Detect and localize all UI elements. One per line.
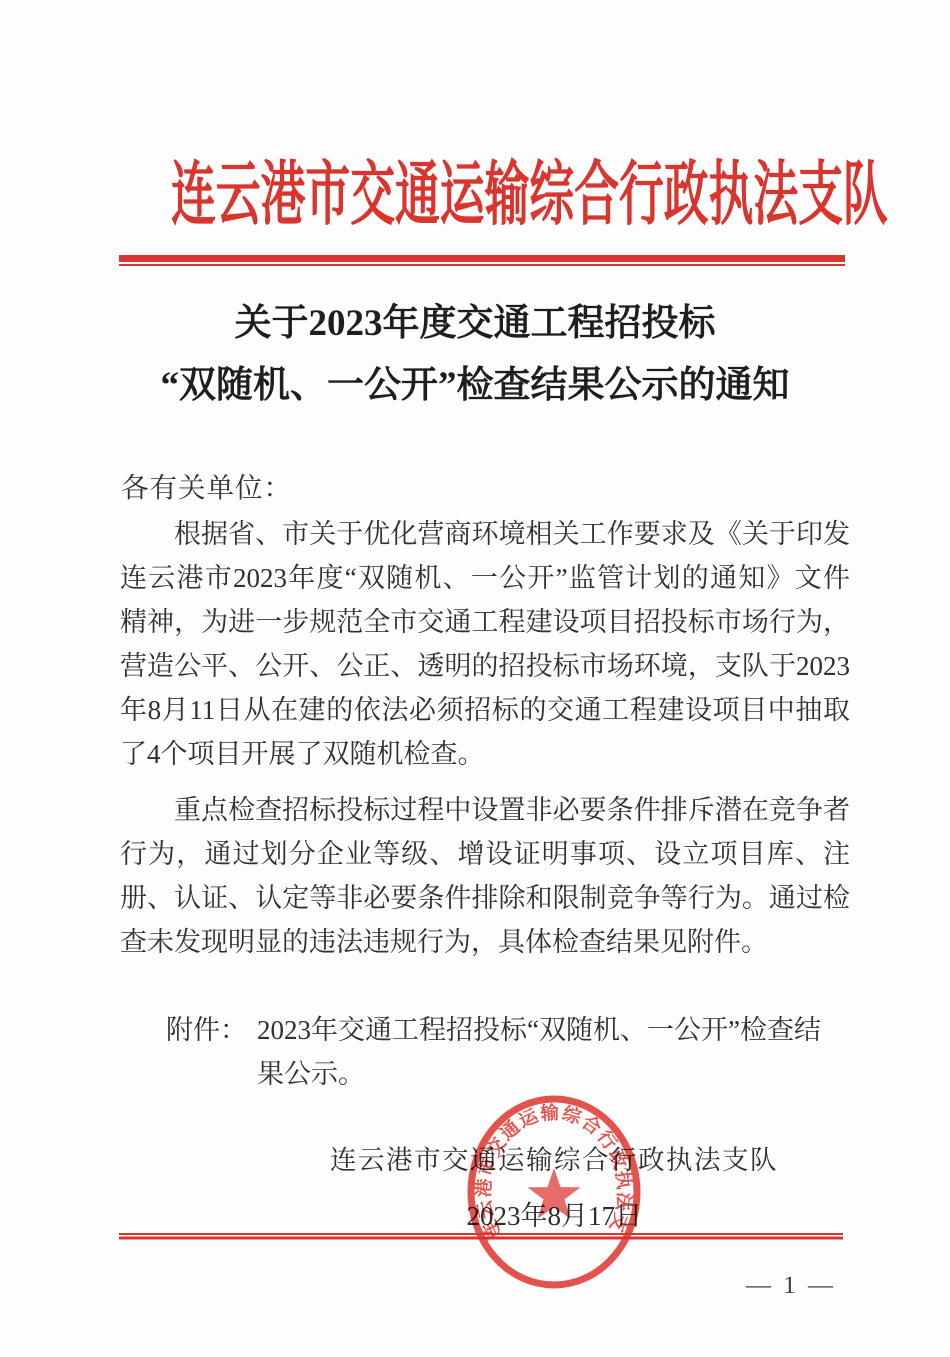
body-paragraph-2: 重点检查招标投标过程中设置非必要条件排斥潜在竞争者行为，通过划分企业等级、增设证… bbox=[120, 788, 850, 964]
text-line: 了4个项目开展了双随机检查。 bbox=[120, 732, 850, 776]
salutation: 各有关单位： bbox=[121, 466, 292, 510]
seal-arc-text: 连云港市交通运输综合行政执法支队 bbox=[464, 1092, 635, 1242]
red-separator-bottom bbox=[119, 1233, 843, 1240]
body-paragraph-1: 根据省、市关于优化营商环境相关工作要求及《关于印发连云港市2023年度“双随机、… bbox=[120, 512, 850, 776]
seal-star-icon bbox=[527, 1168, 580, 1219]
text-line: 2023年交通工程招投标“双随机、一公开”检查结 bbox=[257, 1008, 850, 1052]
text-line: 果公示。 bbox=[257, 1052, 850, 1096]
text-line: 关于2023年度交通工程招投标 bbox=[0, 293, 950, 355]
text-line: 连云港市2023年度“双随机、一公开”监管计划的通知》文件 bbox=[120, 556, 850, 600]
attachment-content: 2023年交通工程招投标“双随机、一公开”检查结果公示。 bbox=[257, 1008, 850, 1096]
text-line: “双随机、一公开”检查结果公示的通知 bbox=[0, 355, 950, 417]
agency-letterhead: 连云港市交通运输综合行政执法支队 bbox=[171, 148, 779, 244]
attachment-label: 附件： bbox=[166, 1008, 247, 1052]
text-line: 营造公平、公开、公正、透明的招投标市场环境，支队于2023 bbox=[120, 644, 850, 688]
text-line: 册、认证、认定等非必要条件排除和限制竞争等行为。通过检 bbox=[120, 876, 850, 920]
attachment-note: 附件： 2023年交通工程招投标“双随机、一公开”检查结果公示。 bbox=[120, 1008, 850, 1096]
text-line: 精神，为进一步规范全市交通工程建设项目招投标市场行为， bbox=[120, 600, 850, 644]
text-line: 根据省、市关于优化营商环境相关工作要求及《关于印发 bbox=[120, 512, 850, 556]
document-title: 关于2023年度交通工程招投标“双随机、一公开”检查结果公示的通知 bbox=[0, 293, 950, 417]
red-separator-top bbox=[119, 255, 845, 267]
official-seal: 连云港市交通运输综合行政执法支队 bbox=[464, 1092, 644, 1292]
text-line: 重点检查招标投标过程中设置非必要条件排斥潜在竞争者 bbox=[120, 788, 850, 832]
document-page: 连云港市交通运输综合行政执法支队 关于2023年度交通工程招投标“双随机、一公开… bbox=[0, 0, 950, 1357]
page-number: — 1 — bbox=[746, 1270, 836, 1302]
text-line: 年8月11日从在建的依法必须招标的交通工程建设项目中抽取 bbox=[120, 688, 850, 732]
text-line: 查未发现明显的违法违规行为，具体检查结果见附件。 bbox=[120, 920, 850, 964]
text-line: 行为，通过划分企业等级、增设证明事项、设立项目库、注 bbox=[120, 832, 850, 876]
